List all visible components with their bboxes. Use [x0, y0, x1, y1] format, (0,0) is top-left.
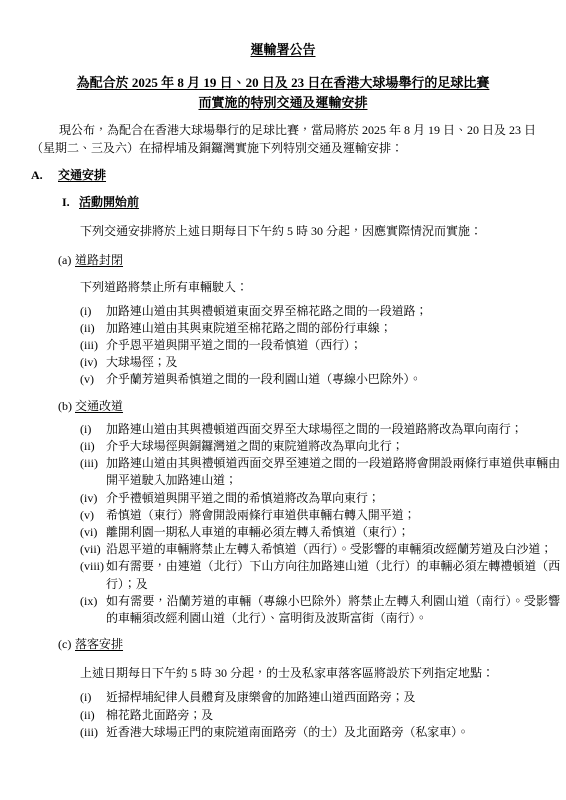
item-number: (i) [80, 421, 106, 438]
subsection-i-title: 活動開始前 [79, 194, 139, 211]
part-c-intro: 上述日期每日下午約 5 時 30 分起，的士及私家車落客區將設於下列指定地點： [80, 664, 538, 682]
notice-title-text: 運輸署公告 [250, 42, 315, 57]
list-item: (ii) 加路連山道由其與東院道至棉花路之間的部份行車線； [80, 320, 560, 337]
item-number: (iii) [80, 455, 106, 489]
item-number: (i) [80, 689, 106, 706]
notice-subject-line1: 為配合於 2025 年 8 月 19 日、20 日及 23 日在香港大球場舉行的… [0, 73, 566, 93]
part-a-title: 道路封閉 [75, 252, 123, 269]
item-text: 介乎禮頓道與開平道之間的希慎道將改為單向東行； [106, 490, 560, 507]
traffic-diversion-list: (i) 加路連山道由其與禮頓道西面交界至大球場徑之間的一段道路將改為單向南行； … [80, 421, 560, 627]
item-number: (ii) [80, 320, 106, 337]
list-item: (i) 加路連山道由其與禮頓道東面交界至棉花路之間的一段道路； [80, 303, 560, 320]
list-item: (iv) 介乎禮頓道與開平道之間的希慎道將改為單向東行； [80, 490, 560, 507]
item-text: 加路連山道由其與禮頓道東面交界至棉花路之間的一段道路； [106, 303, 560, 320]
list-item: (iii) 加路連山道由其與禮頓道西面交界至連道之間的一段道路將會開設兩條行車道… [80, 455, 560, 489]
item-text: 大球場徑；及 [106, 354, 560, 371]
list-item: (ii) 介乎大球場徑與銅鑼灣道之間的東院道將改為單向北行； [80, 438, 560, 455]
item-text: 加路連山道由其與禮頓道西面交界至連道之間的一段道路將會開設兩條行車道供車輛由開平… [106, 455, 560, 489]
part-a-intro: 下列道路將禁止所有車輛駛入： [80, 278, 538, 296]
subsection-i-label: I. [62, 194, 79, 211]
item-number: (ii) [80, 438, 106, 455]
item-number: (viii) [80, 558, 106, 592]
item-number: (v) [80, 507, 106, 524]
item-number: (iv) [80, 354, 106, 371]
list-item: (ix) 如有需要，沿蘭芳道的車輛（專線小巴除外）將禁止左轉入利園山道（南行）。… [80, 593, 560, 627]
item-text: 如有需要，沿蘭芳道的車輛（專線小巴除外）將禁止左轉入利園山道（南行）。受影響的車… [106, 593, 560, 627]
list-item: (i) 加路連山道由其與禮頓道西面交界至大球場徑之間的一段道路將改為單向南行； [80, 421, 560, 438]
road-closure-list: (i) 加路連山道由其與禮頓道東面交界至棉花路之間的一段道路； (ii) 加路連… [80, 303, 560, 389]
section-a-heading: A. 交通安排 [31, 167, 536, 184]
item-number: (ix) [80, 593, 106, 627]
item-text: 介乎大球場徑與銅鑼灣道之間的東院道將改為單向北行； [106, 438, 560, 455]
item-number: (iv) [80, 490, 106, 507]
part-a-label: (a) [58, 252, 75, 269]
list-item: (ii) 棉花路北面路旁；及 [80, 707, 560, 724]
item-number: (iii) [80, 724, 106, 741]
list-item: (v) 介乎蘭芳道與希慎道之間的一段利園山道（專線小巴除外）。 [80, 371, 560, 388]
section-a-title: 交通安排 [58, 167, 106, 184]
intro-paragraph: 現公布，為配合在香港大球場舉行的足球比賽，當局將於 2025 年 8 月 19 … [31, 121, 536, 157]
list-item: (viii) 如有需要，由連道（北行）下山方向往加路連山道（北行）的車輛必須左轉… [80, 558, 560, 592]
part-c-label: (c) [58, 636, 75, 653]
item-text: 介乎恩平道與開平道之間的一段希慎道（西行）； [106, 337, 560, 354]
item-number: (vi) [80, 524, 106, 541]
item-number: (ii) [80, 707, 106, 724]
subsection-i-heading: I. 活動開始前 [62, 194, 536, 211]
notice-title: 運輸署公告 [0, 40, 566, 60]
notice-document: 運輸署公告 為配合於 2025 年 8 月 19 日、20 日及 23 日在香港… [0, 0, 566, 800]
item-text: 沿恩平道的車輛將禁止左轉入希慎道（西行）。受影響的車輛須改經蘭芳道及白沙道； [106, 541, 560, 558]
list-item: (i) 近掃桿埔紀律人員體育及康樂會的加路連山道西面路旁；及 [80, 689, 560, 706]
item-number: (iii) [80, 337, 106, 354]
item-text: 加路連山道由其與東院道至棉花路之間的部份行車線； [106, 320, 560, 337]
subsection-intro: 下列交通安排將於上述日期每日下午約 5 時 30 分起，因應實際情況而實施： [80, 222, 538, 240]
list-item: (iv) 大球場徑；及 [80, 354, 560, 371]
notice-subject: 為配合於 2025 年 8 月 19 日、20 日及 23 日在香港大球場舉行的… [0, 73, 566, 113]
item-number: (v) [80, 371, 106, 388]
item-text: 離開利園一期私人車道的車輛必須左轉入希慎道（東行）； [106, 524, 560, 541]
notice-subject-line2: 而實施的特別交通及運輸安排 [0, 93, 566, 113]
item-number: (i) [80, 303, 106, 320]
item-text: 希慎道（東行）將會開設兩條行車道供車輛右轉入開平道； [106, 507, 560, 524]
item-text: 加路連山道由其與禮頓道西面交界至大球場徑之間的一段道路將改為單向南行； [106, 421, 560, 438]
item-number: (vii) [80, 541, 106, 558]
part-b-heading: (b) 交通改道 [58, 398, 536, 415]
item-text: 近掃桿埔紀律人員體育及康樂會的加路連山道西面路旁；及 [106, 689, 560, 706]
item-text: 棉花路北面路旁；及 [106, 707, 560, 724]
item-text: 如有需要，由連道（北行）下山方向往加路連山道（北行）的車輛必須左轉禮頓道（西行）… [106, 558, 560, 592]
item-text: 近香港大球場正門的東院道南面路旁（的士）及北面路旁（私家車）。 [106, 724, 560, 741]
passenger-dropoff-list: (i) 近掃桿埔紀律人員體育及康樂會的加路連山道西面路旁；及 (ii) 棉花路北… [80, 689, 560, 741]
item-text: 介乎蘭芳道與希慎道之間的一段利園山道（專線小巴除外）。 [106, 371, 560, 388]
section-a-label: A. [31, 167, 58, 184]
part-c-heading: (c) 落客安排 [58, 636, 536, 653]
list-item: (vi) 離開利園一期私人車道的車輛必須左轉入希慎道（東行）； [80, 524, 560, 541]
part-c-title: 落客安排 [75, 636, 123, 653]
part-b-title: 交通改道 [75, 398, 123, 415]
list-item: (iii) 近香港大球場正門的東院道南面路旁（的士）及北面路旁（私家車）。 [80, 724, 560, 741]
list-item: (v) 希慎道（東行）將會開設兩條行車道供車輛右轉入開平道； [80, 507, 560, 524]
list-item: (vii) 沿恩平道的車輛將禁止左轉入希慎道（西行）。受影響的車輛須改經蘭芳道及… [80, 541, 560, 558]
part-b-label: (b) [58, 398, 75, 415]
list-item: (iii) 介乎恩平道與開平道之間的一段希慎道（西行）； [80, 337, 560, 354]
part-a-heading: (a) 道路封閉 [58, 252, 536, 269]
